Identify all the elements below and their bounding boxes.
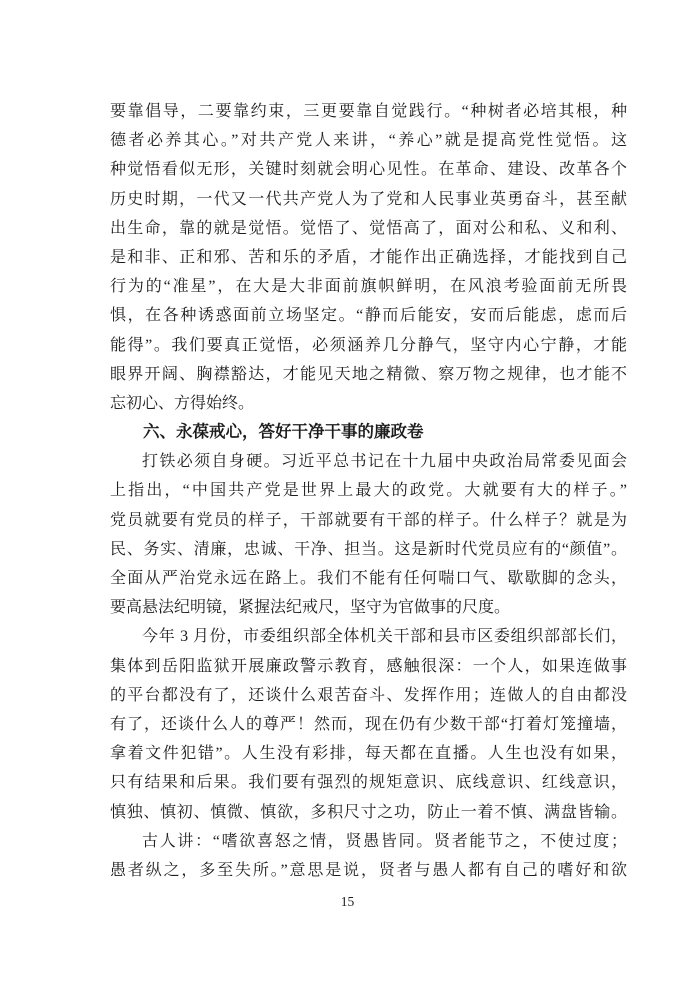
text-line: 种觉悟看似无形，关键时刻就会明心见性。在革命、建设、改革各个 <box>110 155 627 184</box>
text-line: 集体到岳阳监狱开展廉政警示教育，感触很深：一个人，如果连做事 <box>110 652 627 681</box>
paragraph-body: 今年 3 月份，市委组织部全体机关干部和县市区委组织部部长们，集体到岳阳监狱开展… <box>110 622 627 826</box>
text-line: 今年 3 月份，市委组织部全体机关干部和县市区委组织部部长们， <box>110 622 627 651</box>
text-line: 党员就要有党员的样子，干部就要有干部的样子。什么样子？就是为 <box>110 506 627 535</box>
text-line: 惧，在各种诱惑面前立场坚定。“静而后能安，安而后能虑，虑而后 <box>110 301 627 330</box>
text-line: 能得”。我们要真正觉悟，必须涵养几分静气，坚守内心宁静，才能 <box>110 331 627 360</box>
text-line: 忘初心、方得始终。 <box>110 389 627 418</box>
text-line: 历史时期，一代又一代共产党人为了党和人民事业英勇奋斗，甚至献 <box>110 185 627 214</box>
paragraph-body: 打铁必须自身硬。习近平总书记在十九届中央政治局常委见面会上指出，“中国共产党是世… <box>110 447 627 622</box>
text-line: 打铁必须自身硬。习近平总书记在十九届中央政治局常委见面会 <box>110 447 627 476</box>
text-line: 只有结果和后果。我们要有强烈的规矩意识、底线意识、红线意识， <box>110 768 627 797</box>
text-line: 德者必养其心。”对共产党人来讲，“养心”就是提高党性觉悟。这 <box>110 126 627 155</box>
text-line: 慎独、慎初、慎微、慎欲，多积尺寸之功，防止一着不慎、满盘皆输。 <box>110 798 627 827</box>
text-line: 是和非、正和邪、苦和乐的矛盾，才能作出正确选择，才能找到自己 <box>110 243 627 272</box>
text-line: 要高悬法纪明镜，紧握法纪戒尺，坚守为官做事的尺度。 <box>110 593 627 622</box>
text-line: 的平台都没有了，还谈什么艰苦奋斗、发挥作用；连做人的自由都没 <box>110 681 627 710</box>
text-line: 上指出，“中国共产党是世界上最大的政党。大就要有大的样子。” <box>110 476 627 505</box>
text-line: 愚者纵之，多至失所。”意思是说，贤者与愚人都有自己的嗜好和欲 <box>110 856 627 885</box>
text-line: 有了，还谈什么人的尊严！然而，现在仍有少数干部“打着灯笼撞墙， <box>110 710 627 739</box>
text-line: 行为的“准星”，在大是大非面前旗帜鲜明，在风浪考验面前无所畏 <box>110 272 627 301</box>
text-line: 要靠倡导，二要靠约束，三更要靠自觉践行。“种树者必培其根，种 <box>110 97 627 126</box>
paragraph-body: 古人讲：“嗜欲喜怒之情，贤愚皆同。贤者能节之，不使过度；愚者纵之，多至失所。”意… <box>110 827 627 885</box>
text-line: 全面从严治党永远在路上。我们不能有任何喘口气、歇歇脚的念头， <box>110 564 627 593</box>
text-line: 眼界开阔、胸襟豁达，才能见天地之精微、察万物之规律，也才能不 <box>110 360 627 389</box>
document-page: 要靠倡导，二要靠约束，三更要靠自觉践行。“种树者必培其根，种德者必养其心。”对共… <box>0 0 695 982</box>
text-line: 古人讲：“嗜欲喜怒之情，贤愚皆同。贤者能节之，不使过度； <box>110 827 627 856</box>
page-number: 15 <box>341 894 355 909</box>
text-line: 拿着文件犯错”。人生没有彩排，每天都在直播。人生也没有如果， <box>110 739 627 768</box>
page-footer: 15 <box>0 893 695 911</box>
paragraph-continuation: 要靠倡导，二要靠约束，三更要靠自觉践行。“种树者必培其根，种德者必养其心。”对共… <box>110 97 627 418</box>
document-body: 要靠倡导，二要靠约束，三更要靠自觉践行。“种树者必培其根，种德者必养其心。”对共… <box>110 97 627 885</box>
section-heading: 六、永葆戒心，答好干净干事的廉政卷 <box>110 418 627 447</box>
text-line: 民、务实、清廉，忠诚、干净、担当。这是新时代党员应有的“颜值”。 <box>110 535 627 564</box>
text-line: 出生命，靠的就是觉悟。觉悟了、觉悟高了，面对公和私、义和利、 <box>110 214 627 243</box>
